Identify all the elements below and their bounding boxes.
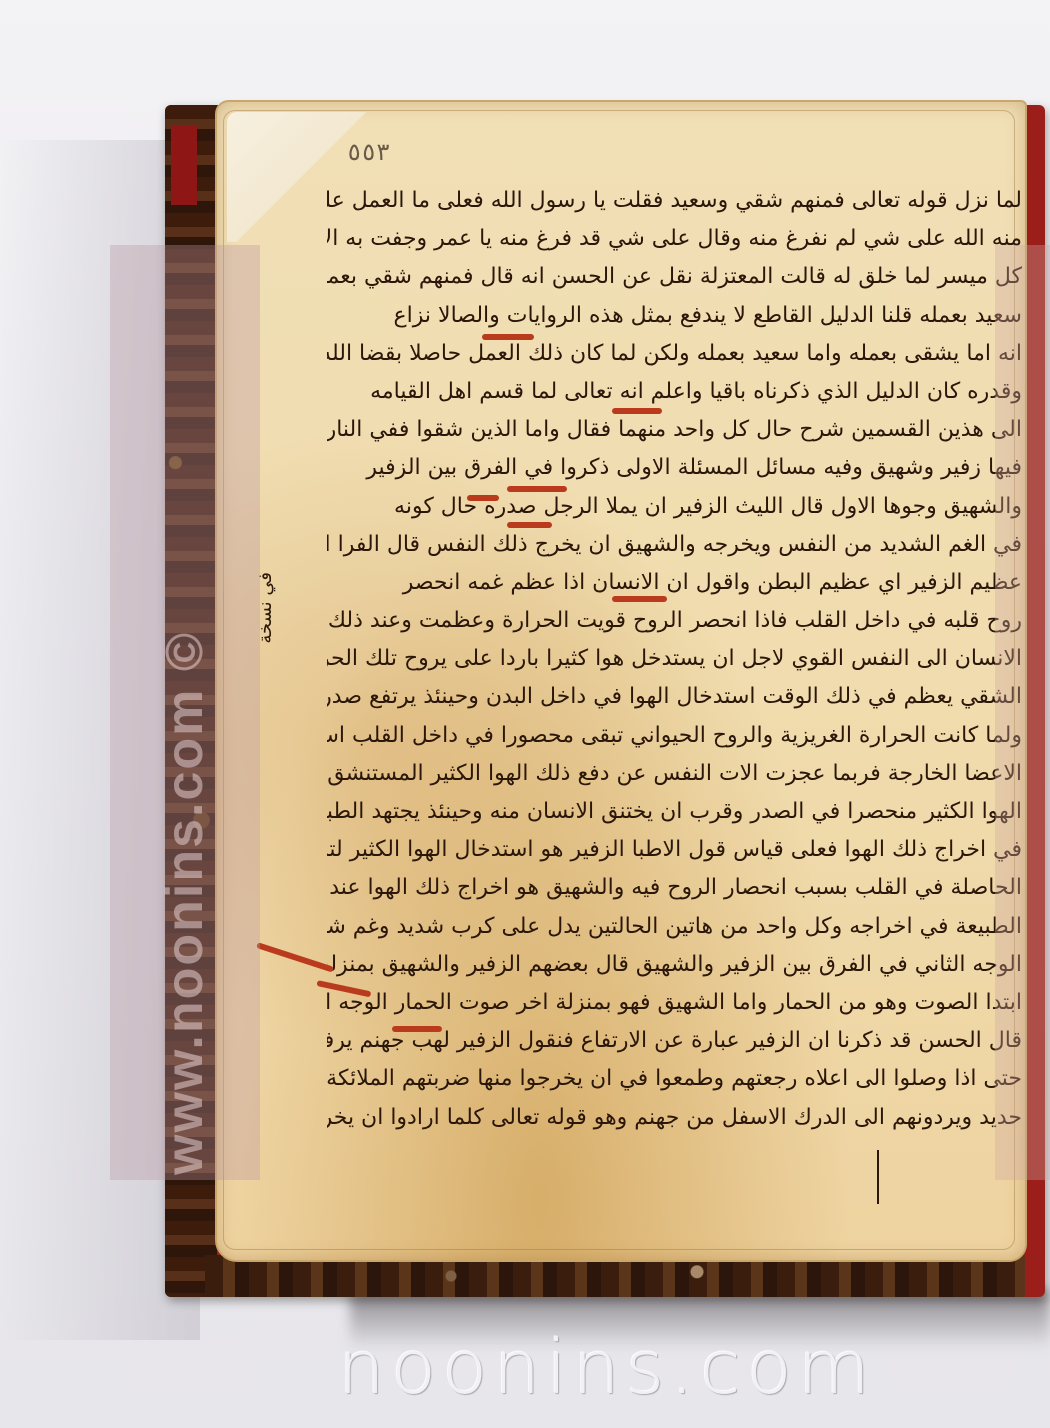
rubric-stroke [467,495,499,501]
text-line: الحاصلة في القلب بسبب انحصار الروح فيه و… [327,869,1022,907]
main-text-block: لما نزل قوله تعالى فمنهم شقي وسعيد فقلت … [327,182,1022,1137]
rubric-stroke [392,1026,442,1032]
rubric-stroke [507,522,552,528]
text-line: عظيم الزفير اي عظيم البطن واقول ان الانس… [327,564,1022,602]
rubric-stroke [612,408,662,414]
text-line: روح قلبه في داخل القلب فاذا انحصر الروح … [327,602,1022,640]
folio-number: ٥٥٣ [347,138,390,166]
watermark-vertical: www.noonins.com © [155,631,215,1175]
text-line: الوجه الثاني في الفرق بين الزفير والشهيق… [327,946,1022,984]
text-line: الهوا الكثير منحصرا في الصدر وقرب ان يخت… [327,793,1022,831]
text-line: ابتدا الصوت وهو من الحمار واما الشهيق فه… [327,984,1022,1022]
text-line: ولما كانت الحرارة الغريزية والروح الحيوا… [327,717,1022,755]
text-line: وقدره كان الدليل الذي ذكرناه باقيا واعلم… [327,373,1022,411]
text-line: انه اما يشقى بعمله واما سعيد بعمله ولكن … [327,335,1022,373]
text-line: حديد ويردونهم الى الدرك الاسفل من جهنم و… [327,1099,1022,1137]
rubric-stroke [507,486,567,492]
rubric-stroke [482,334,534,340]
rubric-stroke [612,596,667,602]
text-line: فيها زفير وشهيق وفيه مسائل المسئلة الاول… [327,449,1022,487]
manuscript-page: ٥٥٣ لما نزل قوله تعالى فمنهم شقي وسعيد ف… [215,100,1027,1262]
text-line: الاعضا الخارجة فربما عجزت الات النفس عن … [327,755,1022,793]
text-line: والشهيق وجوها الاول قال الليث الزفير ان … [327,488,1022,526]
text-line: الانسان الى النفس القوي لاجل ان يستدخل ه… [327,640,1022,678]
ink-descender [877,1150,879,1204]
text-line: منه الله على شي لم نفرغ منه وقال على شي … [327,220,1022,258]
text-line: الطبيعة في اخراجه وكل واحد من هاتين الحا… [327,908,1022,946]
text-line: كل ميسر لما خلق له قالت المعتزلة نقل عن … [327,258,1022,296]
watermark-bottom: noonins.com [338,1325,876,1411]
text-line: في الغم الشديد من النفس ويخرجه والشهيق ا… [327,526,1022,564]
text-line: الشقي يعظم في ذلك الوقت استدخال الهوا في… [327,678,1022,716]
text-line: سعيد بعمله قلنا الدليل القاطع لا يندفع ب… [327,297,1022,335]
text-line: الى هذين القسمين شرح حال كل واحد منهما ف… [327,411,1022,449]
text-line: لما نزل قوله تعالى فمنهم شقي وسعيد فقلت … [327,182,1022,220]
watermark-band-right [995,245,1050,1180]
text-line: حتى اذا وصلوا الى اعلاه رجعتهم وطمعوا في… [327,1060,1022,1098]
spine-red-band [171,125,197,205]
text-line: في اخراج ذلك الهوا فعلى قياس قول الاطبا … [327,831,1022,869]
